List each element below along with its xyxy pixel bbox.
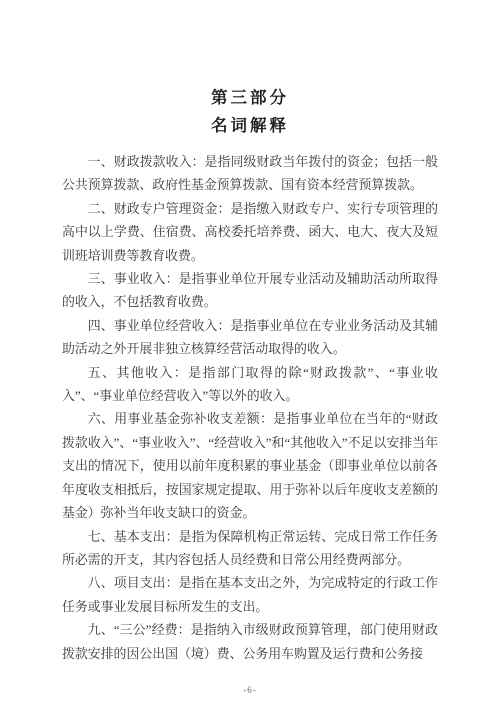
- page-number: -6-: [0, 685, 500, 695]
- definition-paragraph-1: 一、财政拨款收入：是指同级财政当年拨付的资金；包括一般公共预算拨款、政府性基金预…: [62, 151, 438, 198]
- part-title: 第三部分: [0, 84, 500, 112]
- document-page: 第三部分 名词解释 一、财政拨款收入：是指同级财政当年拨付的资金；包括一般公共预…: [0, 0, 500, 708]
- definition-paragraph-6: 六、用事业基金弥补收支差额：是指事业单位在当年的“财政拨款收入”、“事业收入”、…: [62, 408, 438, 525]
- definition-paragraph-8: 八、项目支出：是指在基本支出之外，为完成特定的行政工作任务或事业发展目标所发生的…: [62, 572, 438, 619]
- document-body: 一、财政拨款收入：是指同级财政当年拨付的资金；包括一般公共预算拨款、政府性基金预…: [62, 151, 438, 666]
- definition-paragraph-9: 九、“三公”经费：是指纳入市级财政预算管理，部门使用财政拨款安排的因公出国（境）…: [62, 619, 438, 666]
- definition-paragraph-5: 五、其他收入：是指部门取得的除“财政拨款”、“事业收入”、“事业单位经营收入”等…: [62, 362, 438, 409]
- definition-paragraph-7: 七、基本支出：是指为保障机构正常运转、完成日常工作任务所必需的开支，其内容包括人…: [62, 526, 438, 573]
- title-block: 第三部分 名词解释: [0, 84, 500, 140]
- definition-paragraph-4: 四、事业单位经营收入：是指事业单位在专业业务活动及其辅助活动之外开展非独立核算经…: [62, 315, 438, 362]
- definition-paragraph-3: 三、事业收入：是指事业单位开展专业活动及辅助活动所取得的收入，不包括教育收费。: [62, 268, 438, 315]
- section-title: 名词解释: [0, 112, 500, 140]
- definition-paragraph-2: 二、财政专户管理资金：是指缴入财政专户、实行专项管理的高中以上学费、住宿费、高校…: [62, 198, 438, 268]
